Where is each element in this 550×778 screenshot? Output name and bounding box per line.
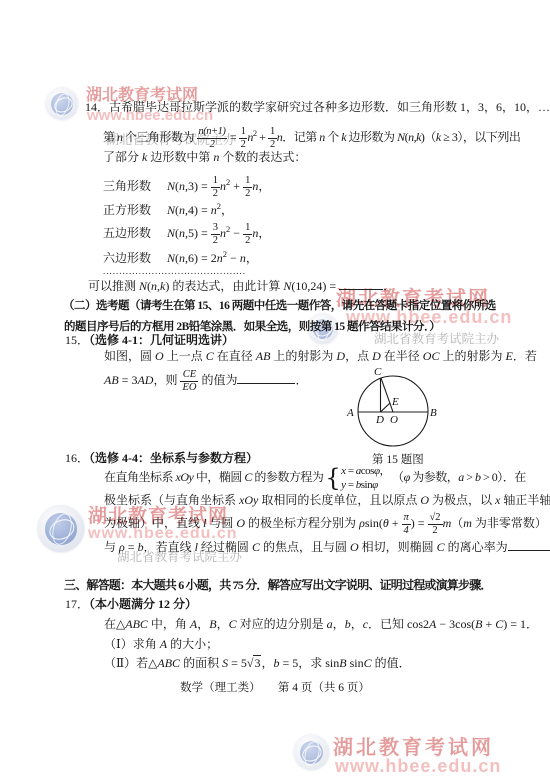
answer-blank <box>237 370 295 384</box>
label-E: E <box>391 396 399 408</box>
problem-15-figure: A B C D O E <box>345 355 455 455</box>
line-p16-2: 极坐标系（与直角坐标系 xOy 取相同的长度单位，且以原点 O 为极点，以 x … <box>104 493 550 508</box>
line-p14-3: 了部分 k 边形数中第 n 个数的表达式： <box>103 150 306 165</box>
fraction: 12 <box>211 175 220 199</box>
line-p17-2: （Ⅰ）求角 A 的大小； <box>104 637 218 652</box>
line-p14-4: 三角形数N(n,3) = 12n2 + 12n， <box>103 169 270 199</box>
line-p14-9: 可以推测 N(n,k) 的表达式，由此计算 N(10,24) = ． <box>88 276 395 294</box>
line-p15-1: 如图，圆 O 上一点 C 在直径 AB 上的射影为 D，点 D 在半径 OC 上… <box>104 349 537 364</box>
brace-system: {x = acosφ，y = bsinφ <box>325 464 390 493</box>
exam-content: 14．古希腊毕达哥拉斯学派的数学家研究过各种多边形数．如三角形数 1，3，6，1… <box>0 0 550 778</box>
line-sec2-1: （二）选考题（请考生在第 15、16 两题中任选一题作答，请先在答题卡指定位置将… <box>63 299 496 314</box>
fraction: π4 <box>402 512 411 536</box>
answer-blank <box>339 276 383 290</box>
fraction: 12 <box>243 175 252 199</box>
line-p17-head: 17．（本小题满分 12 分） <box>65 597 197 612</box>
fraction: n(n+1)2 <box>197 126 228 150</box>
fraction: 12 <box>268 126 277 150</box>
line-p16-3: 为极轴）中，直线 l 与圆 O 的极坐标方程分别为 ρsin(θ + π4) =… <box>104 510 547 536</box>
line-p14-1: 14．古希腊毕达哥拉斯学派的数学家研究过各种多边形数．如三角形数 1，3，6，1… <box>85 100 550 115</box>
fraction: √22 <box>428 512 443 536</box>
segment-DE <box>381 403 391 412</box>
figure-15-caption: 第 15 题图 <box>372 451 424 467</box>
page-footer: 数学（理工类） 第 4 页（共 6 页） <box>0 679 550 695</box>
line-p16-1: 在直角坐标系 xOy 中，椭圆 C 的参数方程为{x = acosφ，y = b… <box>104 461 526 493</box>
label-D: D <box>375 414 384 426</box>
square-root: √3 <box>247 655 262 670</box>
fraction: CEEO <box>180 369 198 393</box>
line-p15-2: AB = 3AD，则 CEEO 的值为． <box>104 367 308 393</box>
label-A: A <box>346 407 354 419</box>
line-p14-6: 五边形数N(n,5) = 32n2 − 12n， <box>103 216 270 246</box>
line-p17-3: （Ⅱ）若△ABC 的面积 S = 5√3，b = 5，求 sinB sinC 的… <box>104 656 411 671</box>
line-p14-2: 第 n 个三角形数为 n(n+1)2 = 12n2 + 12n．记第 n 个 k… <box>103 120 520 150</box>
line-p15-head: 15．（选修 4-1：几何证明选讲） <box>65 333 234 348</box>
line-sec3: 三、解答题：本大题共 6 小题，共 75 分．解答应写出文字说明、证明过程或演算… <box>64 578 492 593</box>
exam-page: { "watermarks": { "brand": "湖北教育考试网", "u… <box>0 0 550 778</box>
fraction: 32 <box>211 222 220 246</box>
label-O: O <box>390 414 398 426</box>
answer-blank <box>508 537 550 551</box>
line-p17-1: 在△ABC 中，角 A，B，C 对应的边分别是 a，b，c．已知 cos2A −… <box>104 617 538 632</box>
label-B: B <box>430 407 437 419</box>
line-p16-4: 与 ρ = b．若直线 l 经过椭圆 C 的焦点，且与圆 O 相切，则椭圆 C … <box>104 537 550 555</box>
fraction: 12 <box>243 222 252 246</box>
label-C: C <box>374 366 382 378</box>
